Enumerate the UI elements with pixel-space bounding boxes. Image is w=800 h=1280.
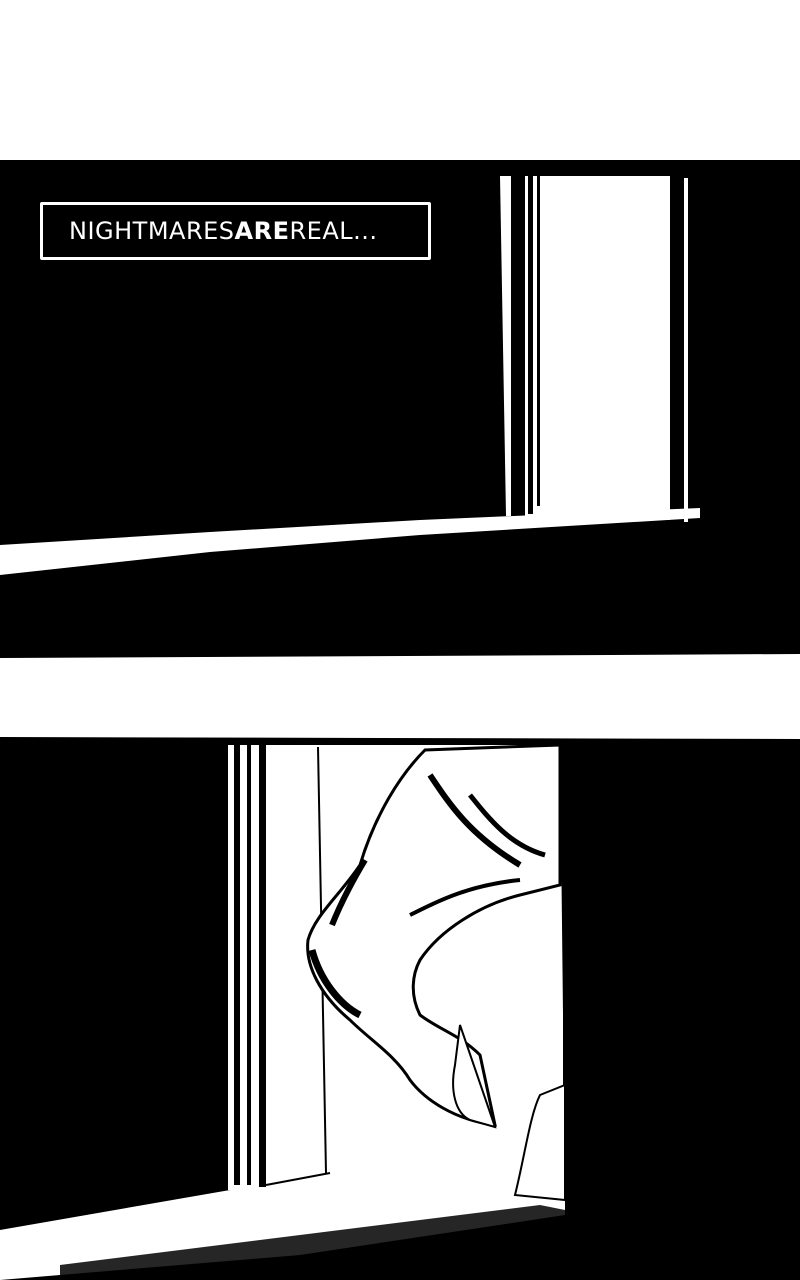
caption-text-pre: NIGHTMARES (69, 217, 235, 245)
narration-caption: NIGHTMARES ARE REAL... (40, 202, 431, 260)
comic-panel-1: NIGHTMARES ARE REAL... (0, 160, 800, 660)
comic-page: NIGHTMARES ARE REAL... (0, 0, 800, 1280)
caption-text-post: REAL... (290, 217, 378, 245)
panel-2-artwork (0, 735, 800, 1280)
caption-text-emphasis: ARE (235, 217, 290, 245)
comic-panel-2 (0, 735, 800, 1280)
